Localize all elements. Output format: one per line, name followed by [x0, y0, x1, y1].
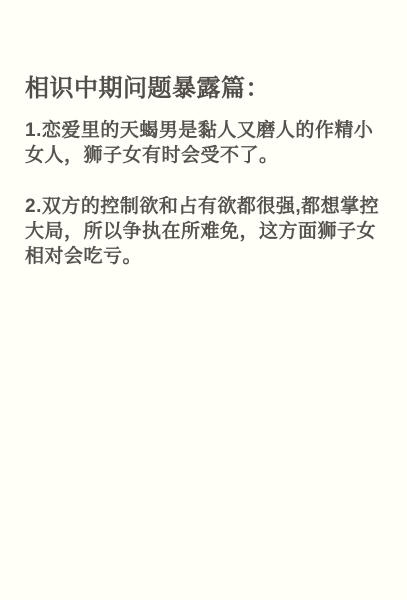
- paragraph-2: 2.双方的控制欲和占有欲都很强,都想掌控大局，所以争执在所难免，这方面狮子女相对…: [25, 194, 383, 269]
- page-title: 相识中期问题暴露篇：: [25, 74, 383, 103]
- paragraph-1: 1.恋爱里的天蝎男是黏人又磨人的作精小女人，狮子女有时会受不了。: [25, 118, 383, 168]
- text-card: 相识中期问题暴露篇： 1.恋爱里的天蝎男是黏人又磨人的作精小女人，狮子女有时会受…: [0, 0, 407, 600]
